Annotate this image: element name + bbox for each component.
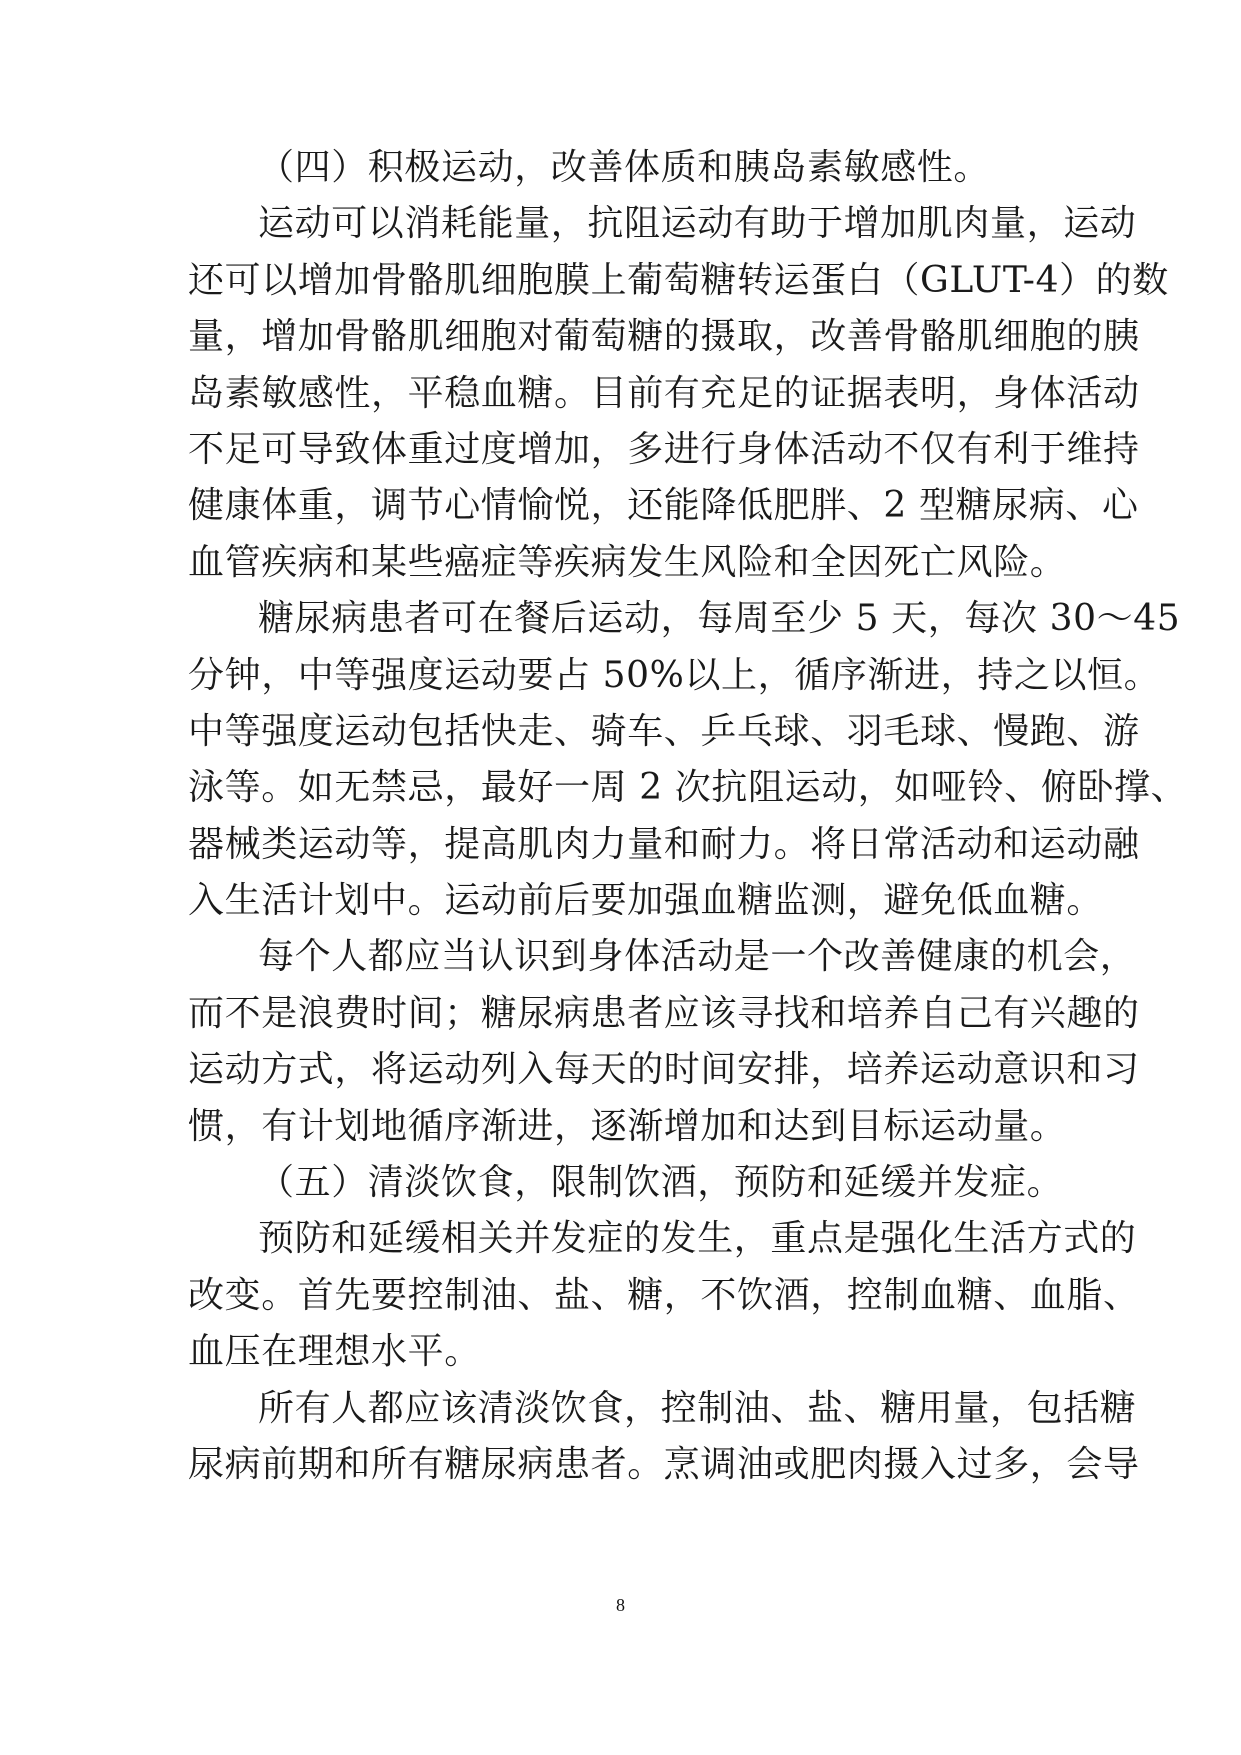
paragraph-exercise-benefits: 运动可以消耗能量，抗阻运动有助于增加肌肉量，运动 还可以增加骨骼肌细胞膜上葡萄糖…: [188, 196, 1048, 591]
text-line: 分钟，中等强度运动要占 50%以上，循序渐进，持之以恒。: [188, 648, 1048, 704]
text-line: 量，增加骨骼肌细胞对葡萄糖的摄取，改善骨骼肌细胞的胰: [188, 309, 1048, 365]
paragraph-exercise-awareness: 每个人都应当认识到身体活动是一个改善健康的机会， 而不是浪费时间；糖尿病患者应该…: [188, 929, 1048, 1155]
text-line: 尿病前期和所有糖尿病患者。烹调油或肥肉摄入过多，会导: [188, 1437, 1048, 1493]
section-heading-5: （五）清淡饮食，限制饮酒，预防和延缓并发症。: [188, 1155, 1048, 1211]
text-line: 泳等。如无禁忌，最好一周 2 次抗阻运动，如哑铃、俯卧撑、: [188, 760, 1048, 816]
text-line: 运动方式，将运动列入每天的时间安排，培养运动意识和习: [188, 1042, 1048, 1098]
text-line: 惯，有计划地循序渐进，逐渐增加和达到目标运动量。: [188, 1099, 1048, 1155]
text-line: 预防和延缓相关并发症的发生，重点是强化生活方式的: [188, 1211, 1048, 1267]
text-line: 糖尿病患者可在餐后运动，每周至少 5 天，每次 30～45: [188, 591, 1048, 647]
text-line: 血管疾病和某些癌症等疾病发生风险和全因死亡风险。: [188, 535, 1048, 591]
text-line: 运动可以消耗能量，抗阻运动有助于增加肌肉量，运动: [188, 196, 1048, 252]
text-line: 入生活计划中。运动前后要加强血糖监测，避免低血糖。: [188, 873, 1048, 929]
text-line: 岛素敏感性，平稳血糖。目前有充足的证据表明，身体活动: [188, 366, 1048, 422]
section-heading-4: （四）积极运动，改善体质和胰岛素敏感性。: [188, 140, 1048, 196]
text-line: 而不是浪费时间；糖尿病患者应该寻找和培养自己有兴趣的: [188, 986, 1048, 1042]
paragraph-complication-prevention: 预防和延缓相关并发症的发生，重点是强化生活方式的 改变。首先要控制油、盐、糖，不…: [188, 1211, 1048, 1380]
text-line: 改变。首先要控制油、盐、糖，不饮酒，控制血糖、血脂、: [188, 1268, 1048, 1324]
text-line: 器械类运动等，提高肌肉力量和耐力。将日常活动和运动融: [188, 817, 1048, 873]
document-page: （四）积极运动，改善体质和胰岛素敏感性。 运动可以消耗能量，抗阻运动有助于增加肌…: [188, 140, 1048, 1493]
paragraph-light-diet: 所有人都应该清淡饮食，控制油、盐、糖用量，包括糖 尿病前期和所有糖尿病患者。烹调…: [188, 1381, 1048, 1494]
text-line: 健康体重，调节心情愉悦，还能降低肥胖、2 型糖尿病、心: [188, 478, 1048, 534]
text-line: 中等强度运动包括快走、骑车、乒乓球、羽毛球、慢跑、游: [188, 704, 1048, 760]
text-line: 所有人都应该清淡饮食，控制油、盐、糖用量，包括糖: [188, 1381, 1048, 1437]
page-number: 8: [0, 1595, 1241, 1616]
text-line: 还可以增加骨骼肌细胞膜上葡萄糖转运蛋白（GLUT-4）的数: [188, 253, 1048, 309]
paragraph-exercise-recommendations: 糖尿病患者可在餐后运动，每周至少 5 天，每次 30～45 分钟，中等强度运动要…: [188, 591, 1048, 929]
text-line: 不足可导致体重过度增加，多进行身体活动不仅有利于维持: [188, 422, 1048, 478]
text-line: 血压在理想水平。: [188, 1324, 1048, 1380]
text-line: 每个人都应当认识到身体活动是一个改善健康的机会，: [188, 929, 1048, 985]
